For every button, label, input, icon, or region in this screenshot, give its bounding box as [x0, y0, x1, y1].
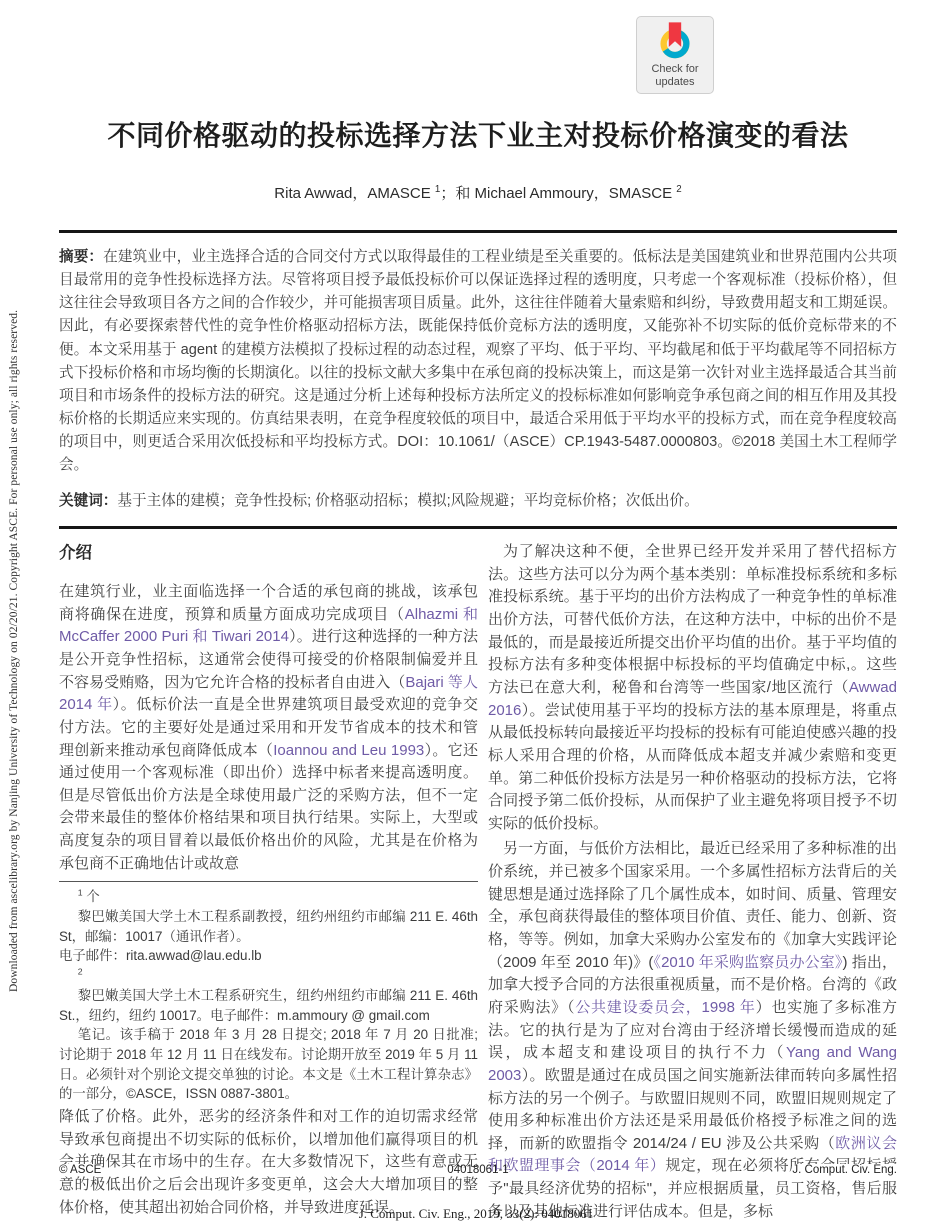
bottom-citation-line: J. Comput. Civ. Eng., 2019, 33(2): 04018…: [0, 1206, 952, 1222]
intro-paragraph-continued: 降低了价格。此外，恶劣的经济条件和对工作的迫切需求经常导致承包商提出不切实际的低…: [59, 1106, 478, 1219]
keywords-line: 关键词：基于主体的建模；竞争性投标; 价格驱动招标；模拟;风险规避；平均竞标价格…: [59, 491, 897, 513]
divider-rule-bottom: [59, 526, 897, 529]
text-segment: 为了解决这种不便，全世界已经开发并采用了替代招标方法。这些方法可以分为两个基本类…: [488, 543, 897, 696]
crossmark-icon: [655, 21, 695, 61]
text-segment: 另一方面，与低价方法相比，最近已经采用了多种标准的出价系统，并已被多个国家采用。…: [488, 840, 897, 970]
text-segment: 关键词：: [59, 493, 117, 509]
paper-page: Downloaded from ascelibrary.org by Nanji…: [0, 0, 952, 1232]
footnote-1-text: 黎巴嫩美国大学土木工程系副教授，纽约州纽约市邮编 211 E. 46th St，…: [59, 907, 478, 946]
download-watermark: Downloaded from ascelibrary.org by Nanji…: [8, 250, 20, 992]
footnote-block: 1 个 黎巴嫩美国大学土木工程系副教授，纽约州纽约市邮编 211 E. 46th…: [59, 881, 478, 1104]
left-column: 介绍 在建筑行业，业主面临选择一个合适的承包商的挑战，该承包商将确保在进度，预算…: [59, 541, 478, 1223]
intro-paragraph-1: 在建筑行业，业主面临选择一个合适的承包商的挑战，该承包商将确保在进度，预算和质量…: [59, 581, 478, 875]
citation-link[interactable]: Ioannou and Leu 1993: [273, 742, 424, 759]
text-segment: 2: [78, 967, 83, 977]
footer-journal-name: J. Comput. Civ. Eng.: [792, 1164, 897, 1176]
right-column: 为了解决这种不便，全世界已经开发并采用了替代招标方法。这些方法可以分为两个基本类…: [488, 541, 897, 1223]
citation-link[interactable]: 《2010 年采购监察员办公室》: [653, 954, 842, 971]
citation-link[interactable]: 公共建设委员会，1998 年: [575, 999, 755, 1016]
section-heading-introduction: 介绍: [59, 541, 478, 566]
text-segment: ）。它还通过使用一个客观标准（即出价）选择中标者来提高透明度。但是尽管低出价方法…: [59, 742, 478, 872]
right-paragraph-1: 为了解决这种不便，全世界已经开发并采用了替代招标方法。这些方法可以分为两个基本类…: [488, 541, 897, 835]
text-segment: 2: [676, 184, 681, 195]
footnote-1-email: 电子邮件：rita.awwad@lau.edu.lb: [59, 946, 478, 966]
text-segment: ）。尝试使用基于平均的投标方法的基本原理是，将重点从最低投标转向最接近平均投标的…: [488, 702, 897, 832]
text-segment: 个: [83, 889, 100, 904]
footnote-note-text: 笔记。该手稿于 2018 年 3 月 28 日提交; 2018 年 7 月 20…: [59, 1025, 478, 1104]
footer-copyright: © ASCE: [59, 1164, 101, 1176]
text-segment: 在建筑业中，业主选择合适的合同交付方式以取得最佳的工程业绩是至关重要的。低标法是…: [59, 249, 897, 473]
text-segment: ；和 Michael Ammoury，SMASCE: [440, 185, 676, 202]
text-segment: Rita Awwad，AMASCE: [274, 185, 435, 202]
footnote-2-marker: 2: [59, 966, 478, 986]
two-column-body: 介绍 在建筑行业，业主面临选择一个合适的承包商的挑战，该承包商将确保在进度，预算…: [59, 541, 897, 1223]
page-footer: © ASCE 04018061-1 J. Comput. Civ. Eng.: [59, 1164, 897, 1176]
footer-page-number: 04018061-1: [59, 1164, 897, 1176]
check-for-updates-label: Check for updates: [651, 63, 698, 88]
footnote-1-marker: 1 个: [59, 887, 478, 907]
footnote-2-text: 黎巴嫩美国大学土木工程系研究生，纽约州纽约市邮编 211 E. 46th St.…: [59, 986, 478, 1025]
abstract-paragraph: 摘要：在建筑业中，业主选择合适的合同交付方式以取得最佳的工程业绩是至关重要的。低…: [59, 246, 897, 477]
divider-rule-top: [59, 230, 897, 233]
page-title: 不同价格驱动的投标选择方法下业主对投标价格演变的看法: [59, 118, 897, 153]
check-for-updates-badge[interactable]: Check for updates: [636, 16, 714, 94]
authors-line: Rita Awwad，AMASCE 1；和 Michael Ammoury，SM…: [59, 182, 897, 203]
article-content: 不同价格驱动的投标选择方法下业主对投标价格演变的看法 Rita Awwad，AM…: [59, 118, 897, 1223]
text-segment: 基于主体的建模；竞争性投标; 价格驱动招标；模拟;风险规避；平均竞标价格；次低出…: [117, 493, 698, 509]
text-segment: 摘要：: [59, 249, 103, 265]
